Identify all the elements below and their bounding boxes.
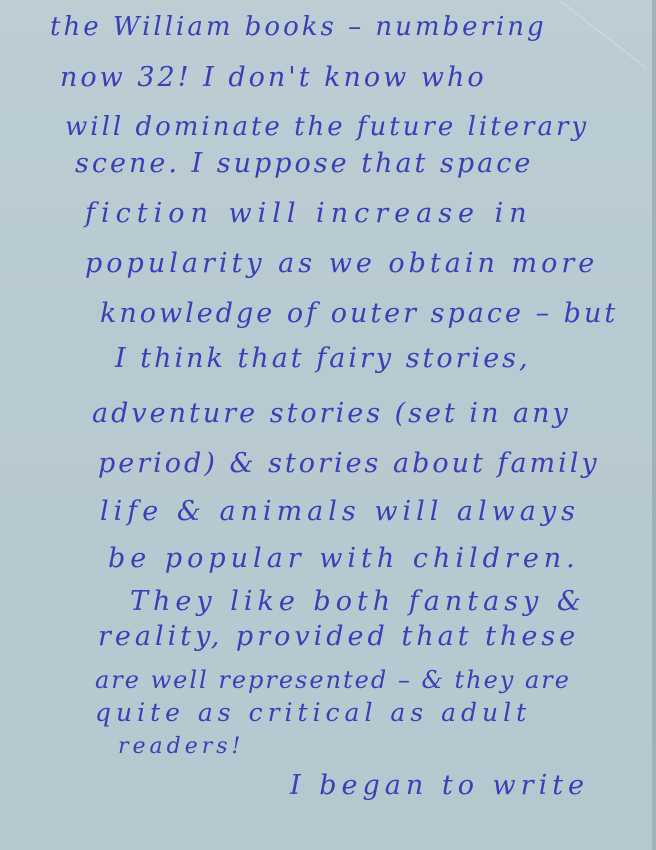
handwritten-line: popularity as we obtain more bbox=[85, 250, 598, 277]
handwritten-line: reality, provided that these bbox=[98, 623, 579, 650]
handwritten-line: adventure stories (set in any bbox=[92, 400, 571, 427]
handwritten-line: readers! bbox=[118, 736, 244, 758]
paper-edge bbox=[652, 0, 656, 850]
handwritten-line: the William books – numbering bbox=[50, 14, 547, 40]
handwritten-line: scene. I suppose that space bbox=[75, 150, 533, 177]
handwritten-line: period) & stories about family bbox=[98, 450, 600, 477]
handwritten-line: are well represented – & they are bbox=[95, 668, 571, 692]
handwritten-line: I began to write bbox=[290, 772, 589, 799]
handwritten-line: life & animals will always bbox=[100, 498, 580, 525]
handwritten-line: will dominate the future literary bbox=[65, 114, 589, 140]
handwritten-line: be popular with children. bbox=[108, 545, 580, 572]
handwritten-line: I think that fairy stories, bbox=[115, 345, 531, 372]
handwritten-line: quite as critical as adult bbox=[95, 700, 531, 725]
paper-fold-crease bbox=[559, 0, 646, 69]
letter-page: the William books – numbering now 32! I … bbox=[0, 0, 652, 850]
handwritten-line: now 32! I don't know who bbox=[60, 64, 487, 91]
handwritten-line: They like both fantasy & bbox=[130, 588, 586, 615]
handwritten-line: knowledge of outer space – but bbox=[100, 300, 618, 327]
handwritten-line: fiction will increase in bbox=[85, 200, 533, 227]
